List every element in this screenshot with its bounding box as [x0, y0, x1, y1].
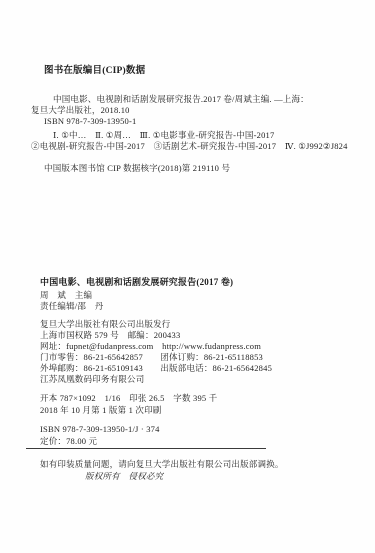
- classification-line1: Ⅰ. ①中… Ⅱ. ①周… Ⅲ. ①电影事业-研究报告-中国-2017: [53, 130, 274, 141]
- publisher-mail-order-phone: 外埠邮购：86-21-65109143 出版部电话：86-21-65642845: [40, 363, 272, 374]
- responsible-editor: 责任编辑/邵 丹: [40, 301, 103, 312]
- publisher-address: 上海市国权路 579 号 邮编：200433: [40, 330, 180, 341]
- copyright-page: 图书在版编目(CIP)数据 中国电影、电视剧和话剧发展研究报告.2017 卷/周…: [0, 0, 375, 553]
- book-title: 中国电影、电视剧和话剧发展研究报告(2017 卷): [40, 277, 233, 288]
- classification-line2: ②电视剧-研究报告-中国-2017 ③话剧艺术-研究报告-中国-2017 Ⅳ. …: [31, 141, 348, 152]
- cip-record-line1: 中国电影、电视剧和话剧发展研究报告.2017 卷/周斌主编. —上海：: [53, 94, 309, 105]
- printer-name: 江苏凤凰数码印务有限公司: [40, 374, 144, 385]
- print-edition: 2018 年 10 月第 1 版第 1 次印刷: [40, 405, 161, 416]
- cip-record-isbn: ISBN 978-7-309-13950-1: [44, 116, 136, 127]
- isbn-full: ISBN 978-7-309-13950-1/J · 374: [40, 424, 160, 435]
- publisher-name: 复旦大学出版社有限公司出版发行: [40, 319, 171, 330]
- copyright-notice: 版权所有 侵权必究: [85, 471, 163, 482]
- book-editor: 周 斌 主编: [40, 290, 92, 301]
- cip-number: 中国版本图书馆 CIP 数据核字(2018)第 219110 号: [44, 163, 230, 174]
- price: 定价：78.00 元: [40, 436, 97, 447]
- print-format: 开本 787×1092 1/16 印张 26.5 字数 395 千: [40, 393, 217, 404]
- publisher-website: 网址：fupnet@fudanpress.com http://www.fuda…: [40, 341, 261, 352]
- divider-rule: [26, 448, 266, 449]
- quality-notice: 如有印装质量问题，请向复旦大学出版社有限公司出版部调换。: [40, 459, 284, 470]
- publisher-retail-phone: 门市零售：86-21-65642857 团体订购：86-21-65118853: [40, 352, 263, 363]
- cip-heading: 图书在版编目(CIP)数据: [44, 66, 145, 77]
- cip-record-line2: 复旦大学出版社，2018.10: [31, 105, 130, 116]
